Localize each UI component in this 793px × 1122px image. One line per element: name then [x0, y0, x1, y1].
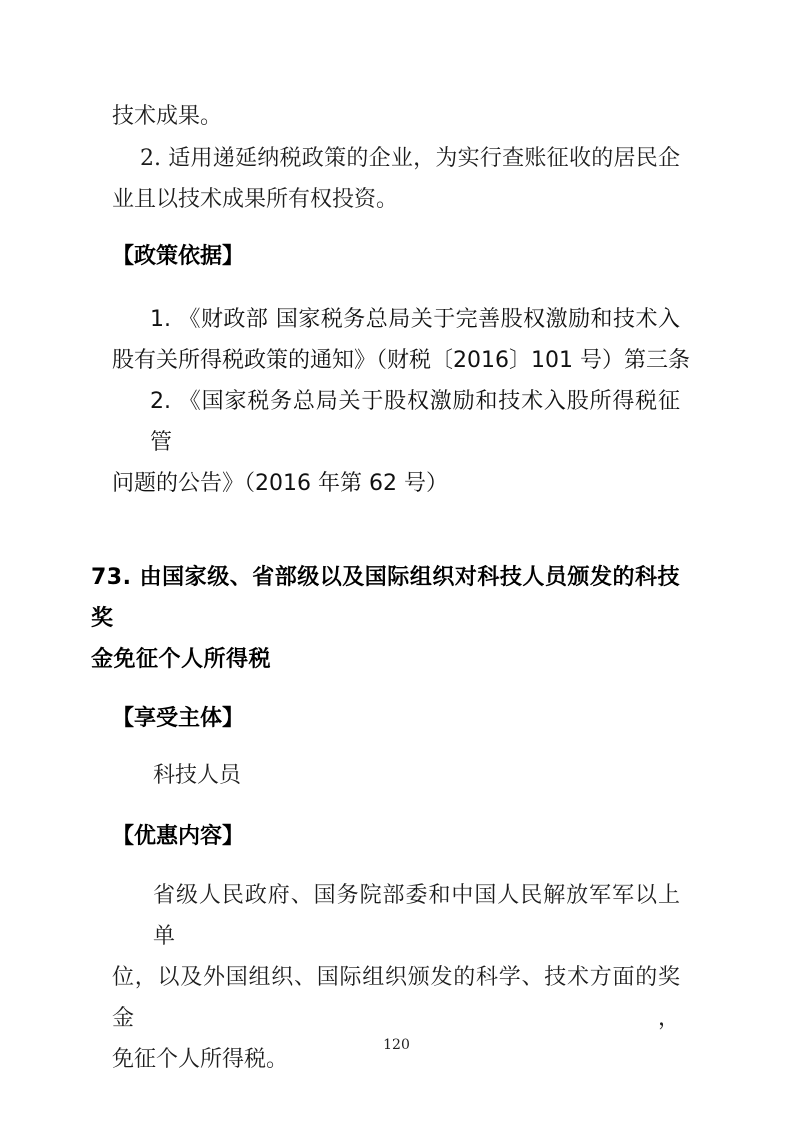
page-number: 120: [0, 1037, 793, 1053]
policy-item-line: 1. 《财政部 国家税务总局关于完善股权激励和技术入: [112, 299, 680, 340]
section-heading-line: 金免征个人所得税: [91, 639, 680, 680]
paragraph-line: 省级人民政府、国务院部委和中国人民解放军军以上单: [112, 875, 680, 957]
paragraph-line: 位，以及外国组织、国际组织颁发的科学、技术方面的奖金，: [112, 957, 680, 1039]
policy-item-2: 2. 《国家税务总局关于股权激励和技术入股所得税征管 问题的公告》（2016 年…: [112, 381, 680, 504]
policy-item-1: 1. 《财政部 国家税务总局关于完善股权激励和技术入 股有关所得税政策的通知》（…: [112, 299, 680, 381]
paragraph-continuation: 技术成果。: [112, 96, 680, 137]
policy-item-line: 问题的公告》（2016 年第 62 号）: [112, 463, 680, 504]
paragraph-line: 2. 适用递延纳税政策的企业，为实行查账征收的居民企: [112, 138, 680, 179]
beneficiary-heading: 【享受主体】: [112, 698, 680, 739]
paragraph-line: 业且以技术成果所有权投资。: [112, 179, 680, 220]
policy-item-line: 股有关所得税政策的通知》（财税〔2016〕101 号）第三条: [112, 340, 680, 381]
policy-basis-heading: 【政策依据】: [112, 236, 680, 277]
benefit-heading: 【优惠内容】: [112, 816, 680, 857]
page-content: 技术成果。 2. 适用递延纳税政策的企业，为实行查账征收的居民企 业且以技术成果…: [112, 0, 680, 1080]
paragraph-line: 技术成果。: [112, 96, 680, 137]
policy-item-line: 2. 《国家税务总局关于股权激励和技术入股所得税征管: [112, 381, 680, 463]
document-page: 技术成果。 2. 适用递延纳税政策的企业，为实行查账征收的居民企 业且以技术成果…: [0, 0, 793, 1122]
paragraph-line: 科技人员: [112, 755, 680, 796]
section-73-heading: 73. 由国家级、省部级以及国际组织对科技人员颁发的科技奖 金免征个人所得税: [91, 557, 680, 680]
section-heading-line: 73. 由国家级、省部级以及国际组织对科技人员颁发的科技奖: [91, 557, 680, 639]
paragraph-condition-2: 2. 适用递延纳税政策的企业，为实行查账征收的居民企 业且以技术成果所有权投资。: [112, 138, 680, 220]
beneficiary-body: 科技人员: [112, 755, 680, 796]
